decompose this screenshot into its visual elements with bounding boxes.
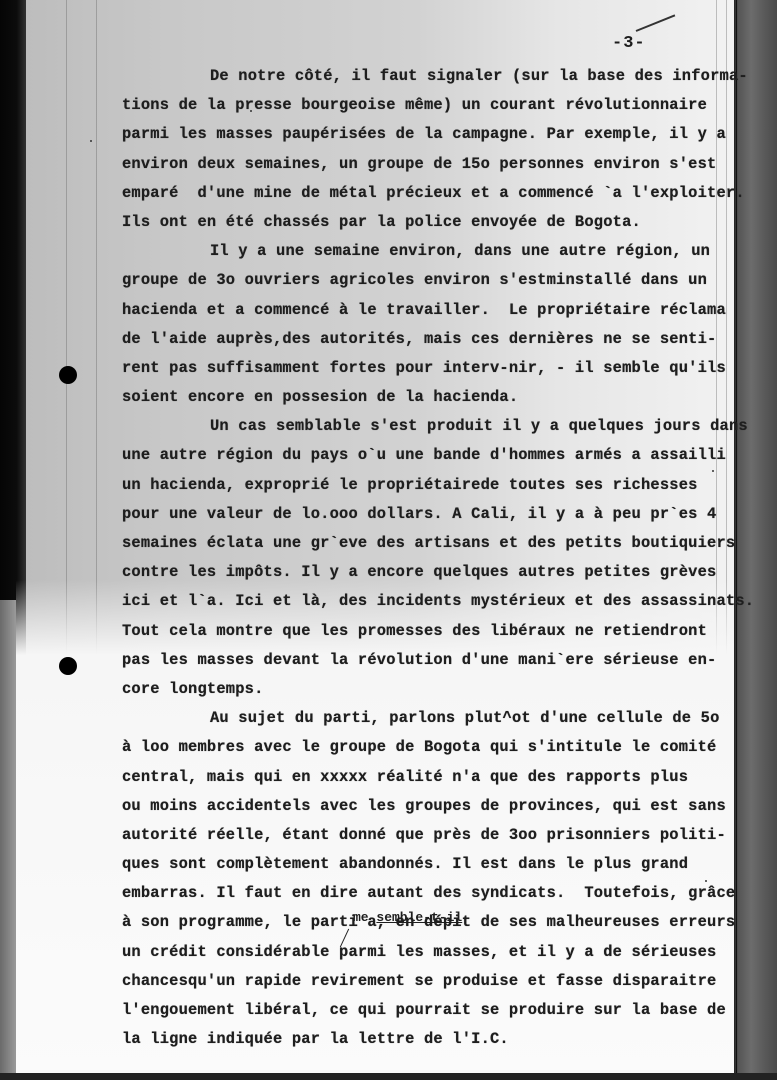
text-line: un crédit considérable parmi les masses,… (122, 938, 722, 967)
text-line: embarras. Il faut en dire autant des syn… (122, 879, 722, 908)
text-line: soient encore en possesion de la haciend… (122, 383, 722, 412)
scan-right-border (734, 0, 777, 1080)
text-line: De notre côté, il faut signaler (sur la … (122, 62, 722, 91)
punch-hole (59, 366, 77, 384)
scan-bottom-border (0, 1073, 777, 1080)
text-line: tions de la presse bourgeoise même) un c… (122, 91, 722, 120)
scan-speck (90, 140, 92, 142)
typewritten-body: De notre côté, il faut signaler (sur la … (122, 62, 722, 1054)
punch-hole (59, 657, 77, 675)
text-line: autorité réelle, étant donné que près de… (122, 821, 722, 850)
text-line: une autre région du pays o`u une bande d… (122, 441, 722, 470)
scanned-document-page: -3- me semble-t-il De notre côté, il fau… (0, 0, 777, 1080)
text-line: l'engouement libéral, ce qui pourrait se… (122, 996, 722, 1025)
text-line: core longtemps. (122, 675, 722, 704)
scan-left-border-lower (0, 600, 16, 1080)
text-line: chancesqu'un rapide revirement se produi… (122, 967, 722, 996)
text-line: un hacienda, exproprié le propriétairede… (122, 471, 722, 500)
text-line: rent pas suffisamment fortes pour interv… (122, 354, 722, 383)
text-line: groupe de 3o ouvriers agricoles environ … (122, 266, 722, 295)
scan-speck (250, 110, 252, 112)
text-line: Il y a une semaine environ, dans une aut… (122, 237, 722, 266)
text-line: emparé d'une mine de métal précieux et a… (122, 179, 722, 208)
text-line: la ligne indiquée par la lettre de l'I.C… (122, 1025, 722, 1054)
text-line: parmi les masses paupérisées de la campa… (122, 120, 722, 149)
text-line: semaines éclata une gr`eve des artisans … (122, 529, 722, 558)
text-line: pour une valeur de lo.ooo dollars. A Cal… (122, 500, 722, 529)
text-line: ou moins accidentels avec les groupes de… (122, 792, 722, 821)
text-line: ici et l`a. Ici et là, des incidents mys… (122, 587, 722, 616)
text-line: environ deux semaines, un groupe de 15o … (122, 150, 722, 179)
text-line: ques sont complètement abandonnés. Il es… (122, 850, 722, 879)
text-line: à son programme, le parti a, en dépit de… (122, 908, 722, 937)
text-line: pas les masses devant la révolution d'un… (122, 646, 722, 675)
text-line: à loo membres avec le groupe de Bogota q… (122, 733, 722, 762)
page-number: -3- (612, 34, 646, 53)
text-line: Un cas semblable s'est produit il y a qu… (122, 412, 722, 441)
text-line: Tout cela montre que les promesses des l… (122, 617, 722, 646)
scan-speck (705, 880, 707, 882)
text-line: central, mais qui en xxxxx réalité n'a q… (122, 763, 722, 792)
text-line: Au sujet du parti, parlons plut^ot d'une… (122, 704, 722, 733)
text-line: hacienda et a commencé à le travailler. … (122, 296, 722, 325)
text-line: Ils ont en été chassés par la police env… (122, 208, 722, 237)
text-line: contre les impôts. Il y a encore quelque… (122, 558, 722, 587)
text-line: de l'aide auprès,des autorités, mais ces… (122, 325, 722, 354)
scan-speck (712, 470, 714, 472)
